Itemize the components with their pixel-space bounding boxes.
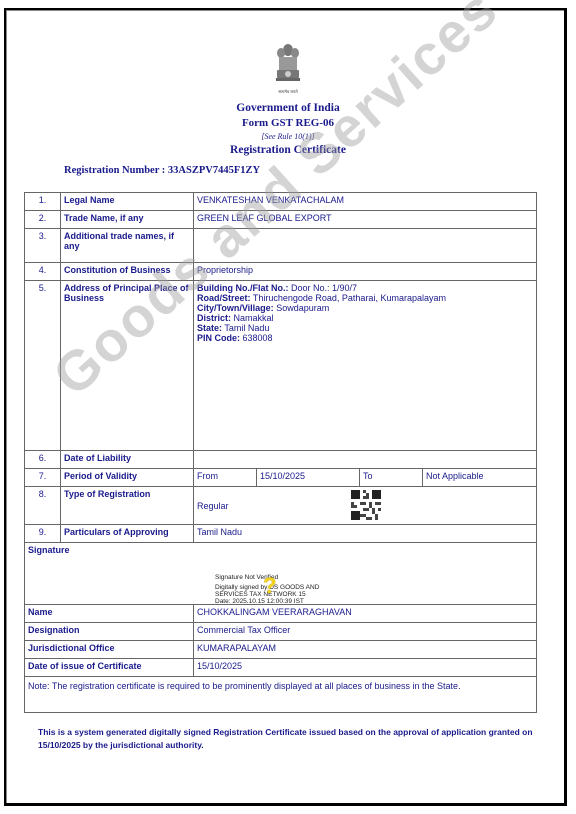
footer-disclaimer: This is a system generated digitally sig… [38,726,538,752]
row-label: Type of Registration [61,487,194,525]
row-number: 5. [25,281,61,451]
validity-from-value: 15/10/2025 [257,469,360,487]
row-label: Date of Liability [61,451,194,469]
certificate-header: सत्यमेव जयते Government of India Form GS… [0,40,576,158]
note-text: Note: The registration certificate is re… [25,677,537,713]
row-label: Trade Name, if any [61,211,194,229]
officer-row: Date of issue of Certificate 15/10/2025 [25,659,537,677]
officer-row: Designation Commercial Tax Officer [25,623,537,641]
date-of-liability-value [194,451,537,469]
row-number: 4. [25,263,61,281]
registration-number: Registration Number : 33ASZPV7445F1ZY [64,165,260,176]
legal-name-value: VENKATESHAN VENKATACHALAM [194,193,537,211]
certificate-title: Registration Certificate [0,143,576,158]
validity-to-value: Not Applicable [423,469,537,487]
note-row: Note: The registration certificate is re… [25,677,537,713]
constitution-value: Proprietorship [194,263,537,281]
address-road: Road/Street: Thiruchengode Road, Pathara… [197,293,533,303]
officer-row: Name CHOKKALINGAM VEERARAGHAVAN [25,605,537,623]
address-pin: PIN Code: 638008 [197,333,533,343]
row-number: 1. [25,193,61,211]
table-row: 2. Trade Name, if any GREEN LEAF GLOBAL … [25,211,537,229]
table-row: 9. Particulars of Approving Tamil Nadu [25,525,537,543]
validity-to-label: To [360,469,423,487]
row-number: 2. [25,211,61,229]
designation-value: Commercial Tax Officer [194,623,537,641]
officer-label: Date of issue of Certificate [25,659,194,677]
officer-label: Name [25,605,194,623]
table-row: 1. Legal Name VENKATESHAN VENKATACHALAM [25,193,537,211]
row-label: Additional trade names, if any [61,229,194,263]
row-number: 3. [25,229,61,263]
address-building: Building No./Flat No.: Door No.: 1/90/7 [197,283,533,293]
government-title: Government of India [0,101,576,116]
row-label: Particulars of Approving [61,525,194,543]
trade-name-value: GREEN LEAF GLOBAL EXPORT [194,211,537,229]
registration-type-value: Regular [197,501,229,511]
emblem-motto: सत्यमेव जयते [0,89,576,95]
approving-authority-value: Tamil Nadu [194,525,537,543]
address-value: Building No./Flat No.: Door No.: 1/90/7 … [194,281,537,451]
officer-label: Designation [25,623,194,641]
row-label: Legal Name [61,193,194,211]
jurisdictional-office-value: KUMARAPALAYAM [194,641,537,659]
registration-details-table: 1. Legal Name VENKATESHAN VENKATACHALAM … [24,192,537,713]
row-label: Constitution of Business [61,263,194,281]
row-number: 6. [25,451,61,469]
row-number: 7. [25,469,61,487]
table-row: 4. Constitution of Business Proprietorsh… [25,263,537,281]
validity-from-label: From [194,469,257,487]
officer-row: Jurisdictional Office KUMARAPALAYAM [25,641,537,659]
row-number: 8. [25,487,61,525]
row-label: Address of Principal Place of Business [61,281,194,451]
signature-line: Date: 2025.10.15 12:00:39 IST [215,598,319,605]
issue-date-value: 15/10/2025 [194,659,537,677]
additional-trade-names-value [194,229,537,263]
row-label: Period of Validity [61,469,194,487]
signature-unverified-icon: ? [263,575,276,597]
table-row: 5. Address of Principal Place of Busines… [25,281,537,451]
row-number: 9. [25,525,61,543]
table-row: 6. Date of Liability [25,451,537,469]
rule-reference: [See Rule 10(1)] [0,131,576,143]
national-emblem-icon [271,40,305,88]
form-title: Form GST REG-06 [0,116,576,131]
officer-label: Jurisdictional Office [25,641,194,659]
registration-type-cell: Regular [194,487,537,525]
address-district: District: Namakkal [197,313,533,323]
address-state: State: Tamil Nadu [197,323,533,333]
qr-code-icon [351,490,381,520]
table-row: 3. Additional trade names, if any [25,229,537,263]
officer-name-value: CHOKKALINGAM VEERARAGHAVAN [194,605,537,623]
table-row: 7. Period of Validity From 15/10/2025 To… [25,469,537,487]
address-city: City/Town/Village: Sowdapuram [197,303,533,313]
table-row: 8. Type of Registration Regular [25,487,537,525]
